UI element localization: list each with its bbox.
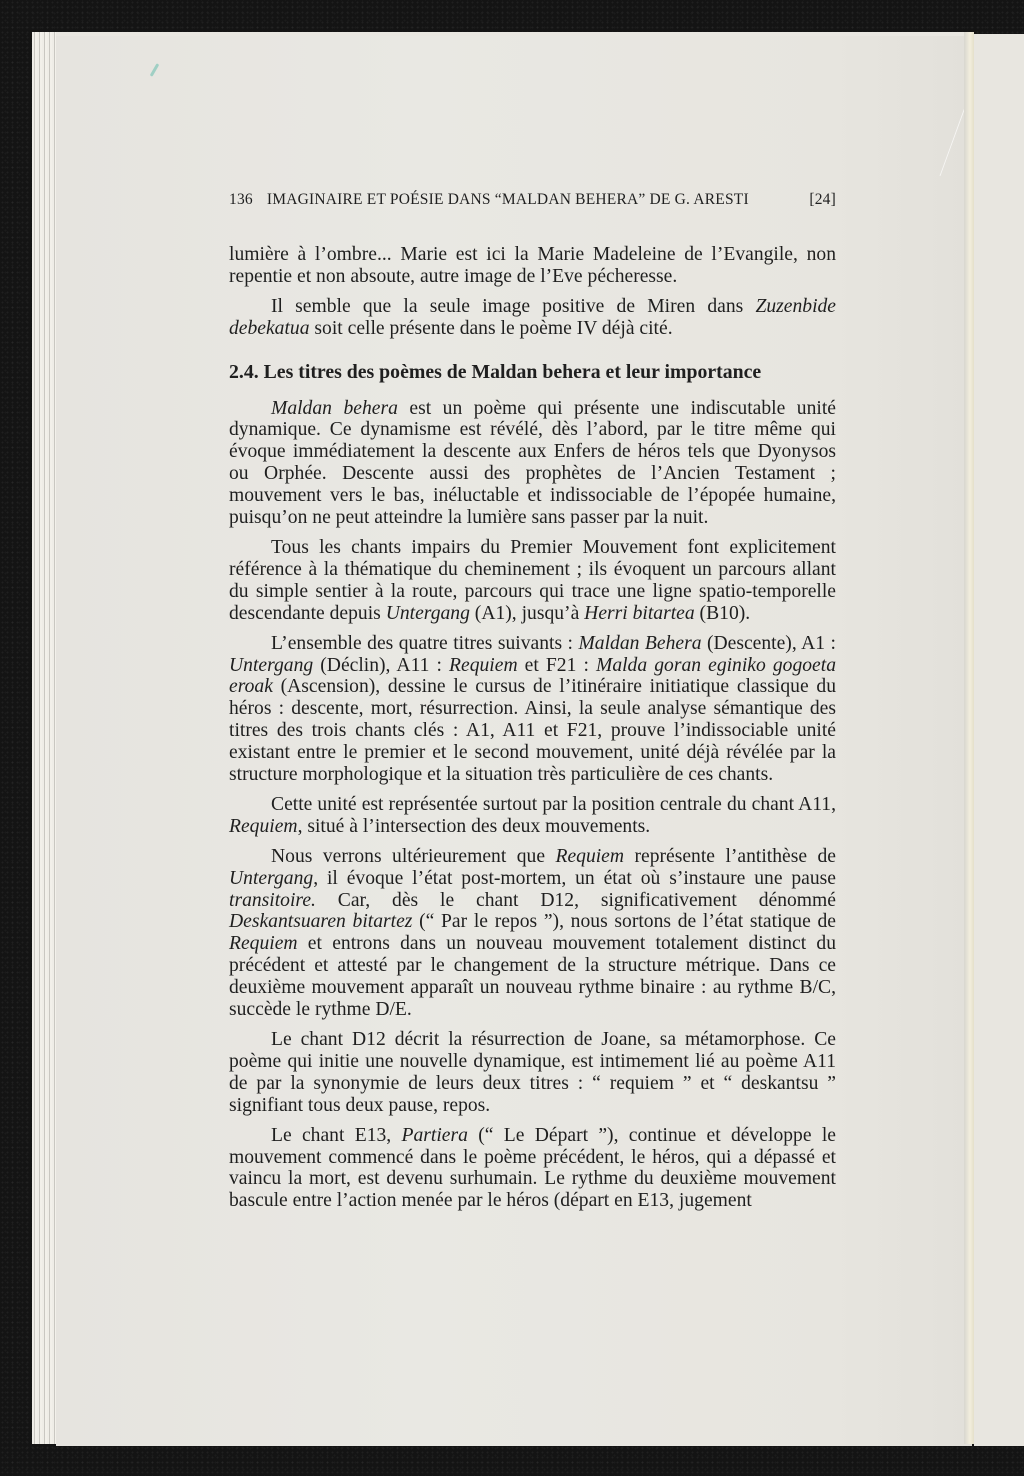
paragraph: L’ensemble des quatre titres suivants : … (229, 633, 836, 786)
poem-title: Herri bitartea (584, 603, 694, 624)
paragraph: Tous les chants impairs du Premier Mouve… (229, 537, 836, 625)
poem-title: Requiem (229, 933, 298, 954)
poem-title: Deskantsuaren bitartez (229, 911, 412, 932)
poem-title: Untergang (229, 868, 313, 889)
paragraph: Cette unité est représentée surtout par … (229, 794, 836, 838)
section-heading: 2.4. Les titres des poèmes de Maldan beh… (229, 362, 836, 384)
running-head: 136 IMAGINAIRE ET POÉSIE DANS “MALDAN BE… (229, 191, 836, 209)
poem-title: Requiem (229, 816, 298, 837)
poem-title: Partiera (402, 1125, 468, 1146)
paragraph: Nous verrons ultérieurement que Requiem … (229, 846, 836, 1021)
page-number: 136 (229, 191, 253, 209)
section-reference: [24] (809, 191, 836, 209)
running-title: IMAGINAIRE ET POÉSIE DANS “MALDAN BEHERA… (267, 191, 749, 209)
paragraph: lumière à l’ombre... Marie est ici la Ma… (229, 244, 836, 288)
paragraph: Maldan behera est un poème qui présente … (229, 398, 836, 529)
paragraph: Il semble que la seule image positive de… (229, 296, 836, 340)
gutter-fold (964, 32, 974, 1444)
emphasis: transitoire. (229, 890, 316, 911)
poem-title: Untergang (229, 655, 313, 676)
poem-title: Maldan behera (271, 398, 398, 419)
poem-title: Requiem (449, 655, 518, 676)
poem-title: Requiem (555, 846, 624, 867)
body-text: lumière à l’ombre... Marie est ici la Ma… (229, 244, 836, 1220)
page-stack-edges (32, 32, 56, 1444)
paragraph: Le chant D12 décrit la résurrection de J… (229, 1029, 836, 1117)
facing-page-edge (974, 34, 1024, 1446)
paragraph: Le chant E13, Partiera (“ Le Départ ”), … (229, 1125, 836, 1213)
poem-title: Maldan Behera (578, 633, 701, 654)
poem-title: Untergang (386, 603, 470, 624)
